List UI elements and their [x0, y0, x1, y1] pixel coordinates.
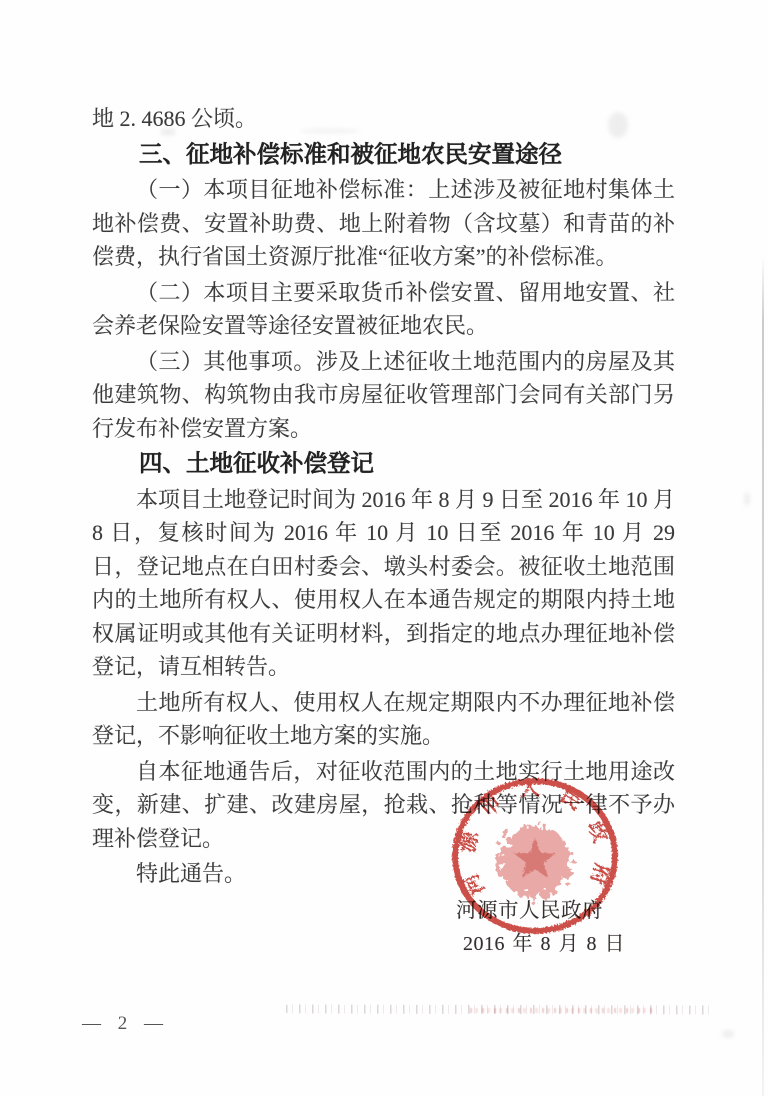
notice-body: 地 2. 4686 公顷。 三、征地补偿标准和被征地农民安置途径 （一）本项目征… — [0, 0, 768, 891]
section-heading-4: 四、土地征收补偿登记 — [92, 447, 675, 481]
scan-smudge — [300, 128, 360, 134]
paragraph-registration-time: 本项目土地登记时间为 2016 年 8 月 9 日至 2016 年 10 月 8… — [92, 483, 675, 684]
scan-smudge — [608, 112, 628, 138]
paragraph-hereby-notice: 特此通告。 — [92, 857, 675, 891]
paragraph-compensation-standard: （一）本项目征地补偿标准：上述涉及被征地村集体土地补偿费、安置补助费、地上附着物… — [92, 173, 675, 274]
scan-smudge — [744, 492, 750, 506]
scan-edge-shadow — [762, 256, 764, 1096]
section-heading-3: 三、征地补偿标准和被征地农民安置途径 — [92, 138, 675, 172]
signature-issuer: 河源市人民政府 — [456, 893, 603, 923]
signature-date: 2016 年 8 月 8 日 — [463, 927, 625, 956]
paragraph-land-use-change: 自本征地通告后，对征收范围内的土地实行土地用途改变，新建、扩建、改建房屋，抢栽、… — [92, 755, 675, 856]
page-number: — 2 — — [82, 1013, 164, 1035]
scan-noise-band-red — [470, 1008, 655, 1013]
scan-smudge — [160, 128, 176, 136]
continuation-line: 地 2. 4686 公顷。 — [92, 102, 675, 136]
scanned-document-page: 地 2. 4686 公顷。 三、征地补偿标准和被征地农民安置途径 （一）本项目征… — [0, 0, 768, 1096]
scan-smudge — [722, 1030, 734, 1038]
paragraph-no-registration: 土地所有权人、使用权人在规定期限内不办理征地补偿登记，不影响征收土地方案的实施。 — [92, 686, 675, 753]
paragraph-other-matters: （三）其他事项。涉及上述征收土地范围内的房屋及其他建筑物、构筑物由我市房屋征收管… — [92, 345, 675, 446]
paragraph-resettlement-ways: （二）本项目主要采取货币补偿安置、留用地安置、社会养老保险安置等途径安置被征地农… — [92, 276, 675, 343]
